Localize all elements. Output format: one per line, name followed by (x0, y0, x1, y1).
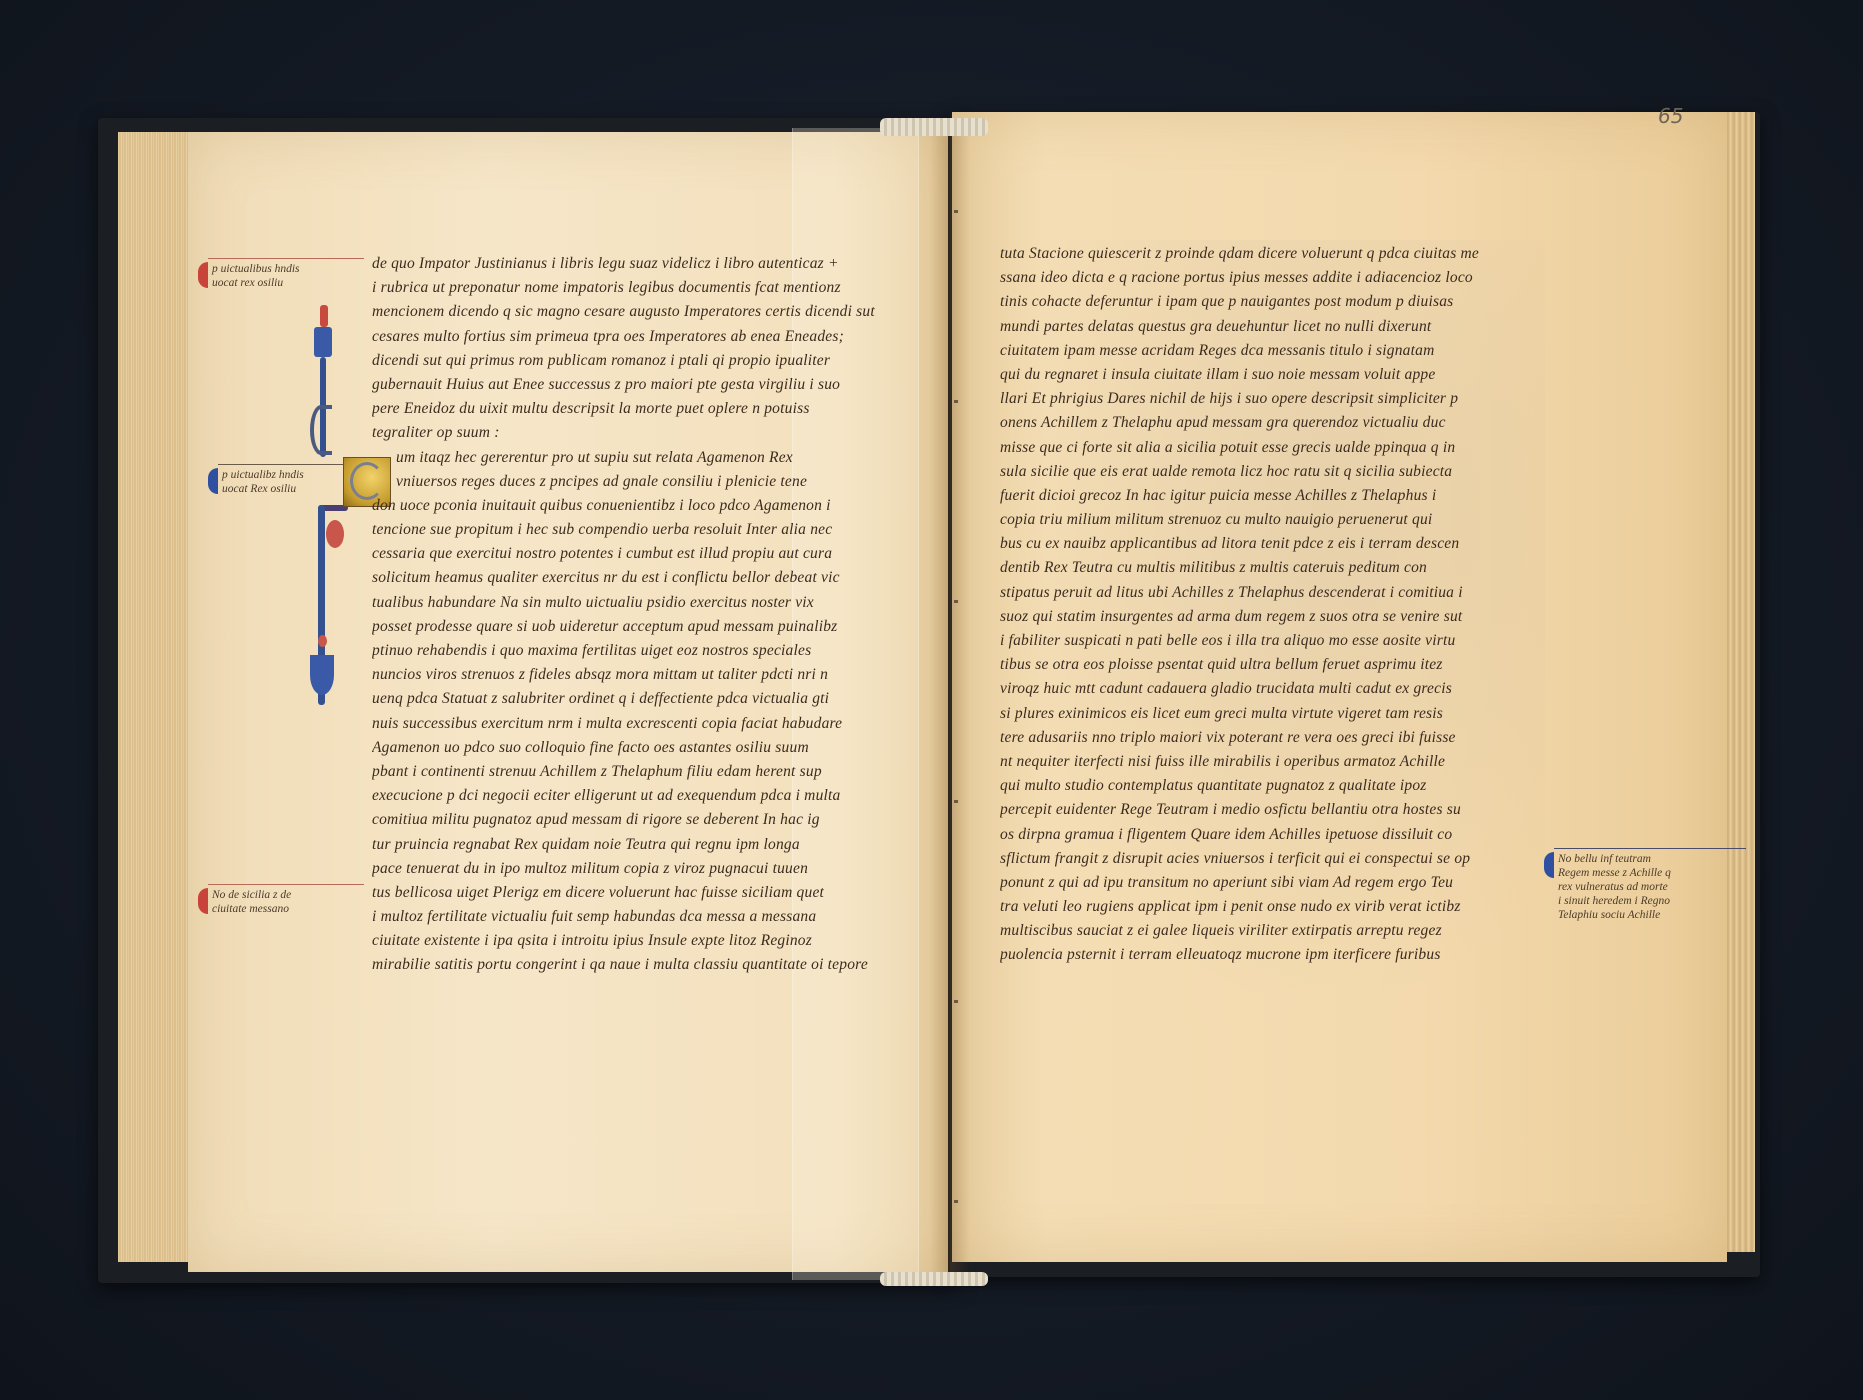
headband-top (880, 118, 988, 136)
text-line: tere adusariis nno triplo maiori vix pot… (1000, 726, 1540, 750)
text-line: copia triu milium militum strenuoz cu mu… (1000, 508, 1540, 532)
text-line: mirabilie satitis portu congerint i qa n… (372, 953, 912, 977)
text-line: tur pruincia regnabat Rex quidam noie Te… (372, 833, 912, 857)
note-bracket-blue (208, 468, 218, 494)
text-line: dentib Rex Teutra cu multis militibus z … (1000, 556, 1540, 580)
margin-note-1: p uictualibus hndis uocat rex osiliu (212, 262, 342, 290)
text-line: sula sicilie que eis erat ualde remota l… (1000, 460, 1540, 484)
note-line: ciuitate messano (212, 902, 342, 916)
text-line: multiscibus sauciat z ei galee liqueis v… (1000, 919, 1540, 943)
text-line: i multoz fertilitate victualiu fuit semp… (372, 905, 912, 929)
text-line: stipatus peruit ad litus ubi Achilles z … (1000, 581, 1540, 605)
text-line: i rubrica ut preponatur nome impatoris l… (372, 276, 912, 300)
text-line: ciuitatem ipam messe acridam Reges dca m… (1000, 339, 1540, 363)
note-line: p uictualibz hndis (222, 468, 342, 482)
text-line: Agamenon uo pdco suo colloquio fine fact… (372, 736, 912, 760)
text-line: uenq pdca Statuat z salubriter ordinet q… (372, 687, 912, 711)
text-line: onens Achillem z Thelaphu apud messam gr… (1000, 411, 1540, 435)
text-line: tualibus habundare Na sin multo uictuali… (372, 591, 912, 615)
binding-stitch (954, 800, 958, 803)
headband-bottom (880, 1272, 988, 1286)
text-line: nuncios viros strenuos z fideles absqz m… (372, 663, 912, 687)
text-line: viroqz huic mtt cadunt cadauera gladio t… (1000, 677, 1540, 701)
right-text-column: tuta Stacione quiescerit z proinde qdam … (1000, 242, 1540, 968)
text-line: misse que ci forte sit alia a sicilia po… (1000, 436, 1540, 460)
gutter (930, 120, 970, 1280)
note-rule (208, 258, 364, 259)
note-line: Telaphiu sociu Achille (1558, 908, 1718, 922)
note-line: p uictualibus hndis (212, 262, 342, 276)
knot-red (318, 635, 327, 647)
text-line: tra veluti leo rugiens applicat ipm i pe… (1000, 895, 1540, 919)
text-line: gubernauit Huius aut Enee successus z pr… (372, 373, 912, 397)
text-line: execucione p dci negocii eciter elligeru… (372, 784, 912, 808)
note-line: uocat rex osiliu (212, 276, 342, 290)
note-line: No bellu inf teutram (1558, 852, 1718, 866)
text-line: bus cu ex nauibz applicantibus ad litora… (1000, 532, 1540, 556)
left-text-column: de quo Impator Justinianus i libris legu… (372, 252, 912, 978)
binding-stitch (954, 1000, 958, 1003)
text-line: nt nequiter iterfecti nisi fuiss ille mi… (1000, 750, 1540, 774)
text-line: fuerit dicioi grecoz In hac igitur puici… (1000, 484, 1540, 508)
note-bracket-blue (1544, 852, 1554, 878)
text-line: don uoce pconia inuitauit quibus conueni… (372, 494, 912, 518)
folio-number: 65 (1658, 104, 1683, 128)
text-line: vniuersos reges duces z pncipes ad gnale… (372, 470, 912, 494)
page-edges-left (118, 132, 190, 1262)
text-line: tuta Stacione quiescerit z proinde qdam … (1000, 242, 1540, 266)
binding-stitch (954, 600, 958, 603)
text-line: de quo Impator Justinianus i libris legu… (372, 252, 912, 276)
text-line: ptinuo rehabendis i quo maxima fertilita… (372, 639, 912, 663)
leaf-blue (314, 327, 332, 357)
note-bracket-red (198, 262, 208, 288)
curl (310, 405, 332, 455)
text-line: sflictum frangit z disrupit acies vniuer… (1000, 847, 1540, 871)
binding-stitch (954, 400, 958, 403)
text-line: tibus se otra eos ploisse psentat quid u… (1000, 653, 1540, 677)
margin-note-right: No bellu inf teutram Regem messe z Achil… (1558, 852, 1718, 922)
text-line: si plures exinimicos eis licet eum greci… (1000, 702, 1540, 726)
note-line: uocat Rex osiliu (222, 482, 342, 496)
text-line: qui multo studio contemplatus quantitate… (1000, 774, 1540, 798)
text-line: puolencia psternit i terram elleuatoqz m… (1000, 943, 1540, 967)
text-line: tencione sue propitum i hec sub compendi… (372, 518, 912, 542)
text-line: mencionem dicendo q sic magno cesare aug… (372, 300, 912, 324)
text-line: suoz qui statim insurgentes ad arma dum … (1000, 605, 1540, 629)
text-line: cesares multo fortius sim primeua tpra o… (372, 325, 912, 349)
terminal-blue (310, 655, 334, 695)
leaf-red (326, 520, 344, 548)
note-rule (218, 464, 362, 465)
binding-stitch (954, 1200, 958, 1203)
text-line: tus bellicosa uiget Plerigz em dicere vo… (372, 881, 912, 905)
margin-note-3: No de sicilia z de ciuitate messano (212, 888, 342, 916)
text-line: pbant i continenti strenuu Achillem z Th… (372, 760, 912, 784)
text-line: comitiua militu pugnatoz apud messam di … (372, 808, 912, 832)
note-bracket-red (198, 888, 208, 914)
margin-note-2: p uictualibz hndis uocat Rex osiliu (222, 468, 342, 496)
fleur-red (320, 305, 328, 327)
text-line: solicitum heamus qualiter exercitus nr d… (372, 566, 912, 590)
text-line: tegraliter op suum : (372, 421, 912, 445)
binding-stitch (954, 210, 958, 213)
text-line: ponunt z qui ad ipu transitum no aperiun… (1000, 871, 1540, 895)
text-line: ciuitate existente i ipa qsita i introit… (372, 929, 912, 953)
text-line: mundi partes delatas questus gra deuehun… (1000, 315, 1540, 339)
note-line: Regem messe z Achille q (1558, 866, 1718, 880)
text-line: ssana ideo dicta e q racione portus ipiu… (1000, 266, 1540, 290)
text-line: cessaria que exercitui nostro potentes i… (372, 542, 912, 566)
note-line: rex vulneratus ad morte (1558, 880, 1718, 894)
text-line: pace tenuerat du in ipo multoz militum c… (372, 857, 912, 881)
text-line: tinis cohacte deferuntur i ipam que p na… (1000, 290, 1540, 314)
text-line: nuis successibus exercitum nrm i multa e… (372, 712, 912, 736)
note-rule (1554, 848, 1746, 849)
text-line: os dirpna gramua i fligentem Quare idem … (1000, 823, 1540, 847)
text-line: um itaqz hec gererentur pro ut supiu sut… (372, 446, 912, 470)
text-line: llari Et phrigius Dares nichil de hijs i… (1000, 387, 1540, 411)
text-line: posset prodesse quare si uob uideretur a… (372, 615, 912, 639)
text-line: percepit euidenter Rege Teutram i medio … (1000, 798, 1540, 822)
note-line: No de sicilia z de (212, 888, 342, 902)
text-line: pere Eneidoz du uixit multu descripsit l… (372, 397, 912, 421)
text-line: dicendi sut qui primus rom publicam roma… (372, 349, 912, 373)
page-edges-right (1725, 112, 1755, 1252)
text-line: qui du regnaret i insula ciuitate illam … (1000, 363, 1540, 387)
note-rule (208, 884, 364, 885)
note-line: i sinuit heredem i Regno (1558, 894, 1718, 908)
text-line: i fabiliter suspicati n pati belle eos i… (1000, 629, 1540, 653)
